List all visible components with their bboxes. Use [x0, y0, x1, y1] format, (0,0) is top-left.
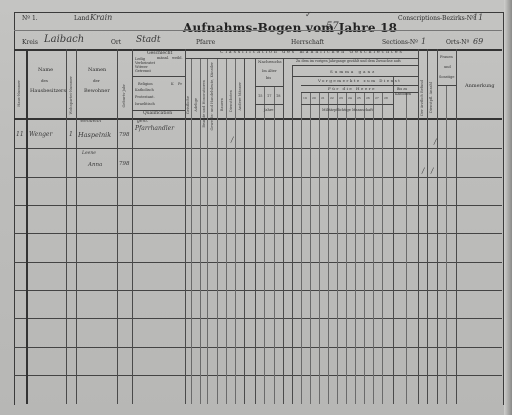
- col-line: [406, 92, 407, 404]
- militaer-label: Militärpflichtige Mannschaft: [322, 109, 373, 113]
- zu-dem-header: Zu dem im vorigen Jahrgange gezählt und …: [296, 60, 401, 63]
- col-line: [264, 86, 265, 404]
- bis-zu-header-2: Kantonen: [395, 93, 411, 96]
- extra-col-header: Dienstpfl. Anzahl: [429, 82, 433, 113]
- heer-col: 19: [303, 97, 307, 100]
- col-line: [310, 92, 311, 404]
- row-divider: [14, 290, 502, 291]
- row-divider: [14, 177, 502, 178]
- frauen-header-1: Frauen: [440, 56, 453, 60]
- haus-nummer-header: Haus-Nummer: [17, 80, 21, 107]
- col-line: [393, 76, 394, 404]
- col-line: [456, 49, 457, 404]
- militaer-line: [301, 104, 393, 105]
- col-line: [76, 49, 77, 404]
- col-line: [328, 92, 329, 404]
- frauen-header-2: und: [444, 66, 451, 70]
- jahre-label: Jahre: [264, 109, 274, 113]
- religion-col-label: K: [171, 83, 174, 87]
- row-divider: [14, 347, 502, 348]
- col-line: [226, 58, 227, 404]
- col-line: [355, 92, 356, 404]
- col-line: [217, 58, 218, 404]
- col-line: [364, 92, 365, 404]
- col-line: [346, 92, 347, 404]
- col-line: [292, 65, 293, 404]
- heer-col: 21: [321, 97, 325, 100]
- classification-header: Classification des männlichen Geschlecht…: [220, 51, 404, 56]
- alter-col: 17: [267, 95, 271, 99]
- religion-header: Religion: [138, 83, 153, 87]
- jahre-line: [255, 104, 283, 105]
- col-line: [382, 92, 383, 404]
- heer-col: 25: [357, 97, 361, 100]
- namen-header-3: Bewohner: [84, 89, 110, 94]
- col-line: [301, 92, 302, 404]
- heer-col: 28: [384, 97, 388, 100]
- namen-header-2: der: [93, 79, 100, 83]
- row2-bewohner-top: Leene: [82, 152, 96, 157]
- row-divider: [14, 148, 502, 149]
- vorgemerkt-header: Vorgemerkte zum Dienst: [318, 79, 401, 83]
- row1-mark: /: [434, 139, 436, 146]
- col-line: [437, 49, 438, 404]
- row1-wohnpartei: 1: [69, 132, 73, 138]
- class-col-header: Bauern: [220, 98, 224, 111]
- geschlecht-col-label: weibl.: [172, 57, 183, 61]
- class-col-header: Andere Männer: [238, 82, 242, 111]
- col-line: [337, 92, 338, 404]
- name-header-1: Name: [38, 68, 53, 73]
- row2-bewohner: Anna: [88, 163, 102, 169]
- row2-mark: /: [422, 168, 424, 175]
- bis-zu-header-1: Bis zu: [397, 88, 407, 91]
- name-header-3: Hausbesitzers: [30, 89, 66, 94]
- col-line: [418, 49, 419, 404]
- row-divider: [14, 318, 502, 319]
- alter-col: 15: [258, 95, 262, 99]
- alter-header-2: bis: [266, 77, 271, 81]
- row1-bewohner-top: Wendelin: [80, 120, 101, 125]
- nachwuchs-header: Nachwuchs: [258, 60, 282, 64]
- wohnpartei-header: Wohnpartei-Nummer: [69, 76, 73, 114]
- col-line: [26, 49, 28, 404]
- col-line: [244, 58, 245, 404]
- row-divider: [14, 375, 502, 376]
- religion-row-label: Katholisch: [135, 89, 154, 93]
- col-line: [66, 49, 67, 404]
- row-divider: [14, 233, 502, 234]
- row1-qualification: Pfarrhandler: [135, 126, 174, 132]
- heer-col: 20: [312, 97, 316, 100]
- alter-col: 18: [276, 95, 280, 99]
- alter-line: [255, 86, 283, 87]
- col-line: [191, 58, 192, 404]
- row-divider: [14, 262, 502, 263]
- col-line: [373, 92, 374, 404]
- extra-col-header: Der ärztlich Befund: [420, 80, 424, 116]
- heere-header: Für die Heere: [328, 87, 376, 91]
- religion-col-label: Pr: [178, 83, 182, 87]
- col-line: [274, 86, 275, 404]
- geburtsjahr-header: Geburts-Jahr: [122, 84, 126, 107]
- row2-geburtsjahr: 798: [119, 162, 130, 168]
- col-line: [427, 49, 428, 404]
- geschlecht-bottom: [132, 76, 185, 77]
- col-line: [446, 85, 447, 404]
- col-line: [200, 58, 201, 404]
- header-divider: [14, 30, 502, 31]
- row1-geburtsjahr: 798: [119, 133, 130, 139]
- name-header-2: des: [41, 79, 48, 83]
- frauen-line: [437, 85, 456, 86]
- religion-row-label: Israelitisch: [135, 103, 155, 107]
- geschlecht-col-label: männl.: [157, 57, 169, 61]
- heer-col: 27: [375, 97, 379, 100]
- frauen-header-3: Sonstige: [439, 76, 454, 80]
- class-col-header: Adelige: [194, 98, 198, 112]
- col-line: [283, 58, 284, 404]
- row1-qualification-top: gem.: [137, 120, 148, 125]
- row1-bewohner: Haspelnik: [78, 132, 111, 139]
- religion-row-label: Protestant.: [135, 96, 155, 100]
- namen-header-1: Namen: [88, 68, 106, 73]
- col-line: [117, 49, 118, 404]
- qualification-header: Qualification: [143, 112, 172, 117]
- col-line: [235, 58, 236, 404]
- class-col-header: Geistliche: [186, 96, 190, 114]
- class-col-header: Dienstboten: [229, 90, 233, 112]
- anmerkung-header: Anmerkung: [465, 84, 495, 89]
- col-line: [207, 58, 208, 404]
- col-line: [255, 58, 256, 404]
- heer-col: 24: [348, 97, 352, 100]
- heer-col: 26: [366, 97, 370, 100]
- page-edge-shadow: [504, 0, 512, 415]
- row2-mark: /: [431, 168, 433, 175]
- col-line: [319, 92, 320, 404]
- row1-haus-nummer: 11: [16, 132, 24, 138]
- class-col-header: Beamte und Honoratioren: [202, 80, 206, 128]
- heer-col: 23: [339, 97, 343, 100]
- alter-header-1: Im Alter: [262, 70, 277, 74]
- geschlecht-row-label: Getrennt: [135, 70, 151, 74]
- row-divider: [14, 205, 502, 206]
- row1-hausbesitzer: Wenger: [29, 132, 52, 138]
- summa-line: [292, 76, 418, 77]
- col-line: [132, 49, 133, 404]
- row1-mark: /: [231, 137, 233, 144]
- class-col-header: Gewerbs- und Handelsleute, Künstler: [210, 62, 214, 130]
- summa-header: Summa ganz: [330, 70, 376, 74]
- zu-dem-line: [292, 65, 418, 66]
- heer-col: 22: [330, 97, 334, 100]
